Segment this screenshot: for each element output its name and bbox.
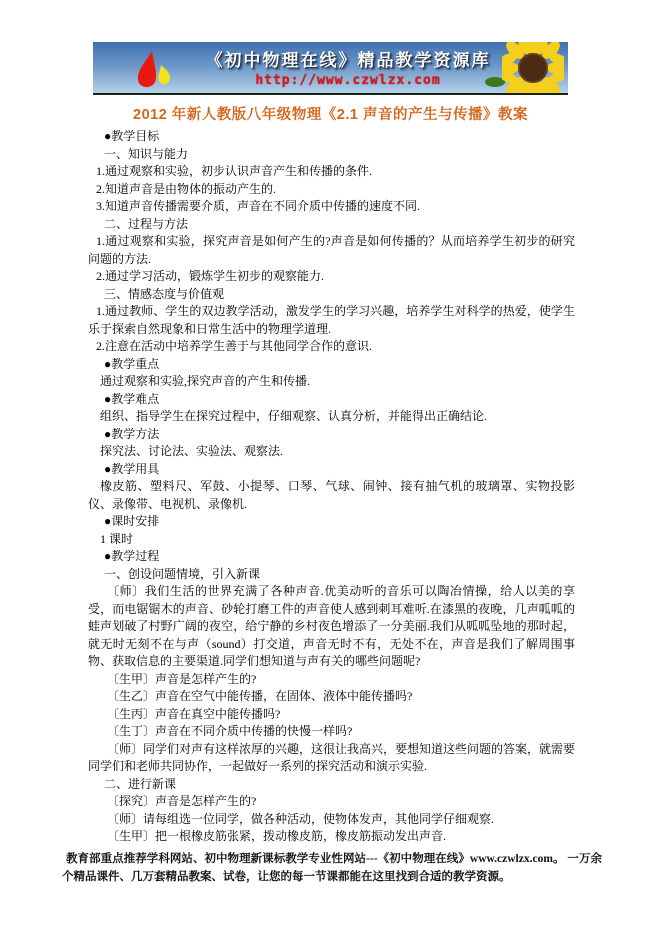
paragraph: 1.通过教师、学生的双边教学活动，激发学生的学习兴趣，培养学生对科学的热爱，使学… bbox=[88, 303, 575, 338]
paragraph: 二、过程与方法 bbox=[88, 216, 575, 234]
banner-horizon-line bbox=[93, 93, 568, 95]
paragraph: 2.注意在活动中培养学生善于与其他同学合作的意识. bbox=[88, 338, 575, 356]
paragraph: 一、创设问题情境，引入新课 bbox=[88, 566, 575, 584]
paragraph: ●教学过程 bbox=[88, 548, 575, 566]
paragraph: 〔生丙〕声音在真空中能传播吗? bbox=[88, 706, 575, 724]
paragraph: 二、进行新课 bbox=[88, 776, 575, 794]
site-banner: 《初中物理在线》精品教学资源库 http://www.czwlzx.com bbox=[93, 42, 568, 95]
paragraph: 通过观察和实验,探究声音的产生和传播. bbox=[88, 373, 575, 391]
paragraph: ●教学方法 bbox=[88, 426, 575, 444]
paragraph: 1.通过观察和实验，初步认识声音产生和传播的条件. bbox=[88, 163, 575, 181]
page-title: 2012 年新人教版八年级物理《2.1 声音的产生与传播》教案 bbox=[0, 103, 661, 124]
footer-text: 教育部重点推荐学科网站、初中物理新课标教学专业性网站---《初中物理在线》www… bbox=[62, 851, 602, 886]
paragraph: 3.知道声音传播需要介质，声音在不同介质中传播的速度不同. bbox=[88, 198, 575, 216]
site-slogan: 《初中物理在线》精品教学资源库 bbox=[198, 46, 498, 71]
paragraph: 1 课时 bbox=[88, 531, 575, 549]
paragraph: ●教学目标 bbox=[88, 128, 575, 146]
paragraph: 〔探究〕声音是怎样产生的? bbox=[88, 793, 575, 811]
paragraph: 〔师〕我们生活的世界充满了各种声音.优美动听的音乐可以陶冶情操，给人以美的享受，… bbox=[88, 583, 575, 671]
paragraph: ●课时安排 bbox=[88, 513, 575, 531]
paragraph: 〔生乙〕声音在空气中能传播，在固体、液体中能传播吗? bbox=[88, 688, 575, 706]
paragraph: ●教学用具 bbox=[88, 461, 575, 479]
document-page: 《初中物理在线》精品教学资源库 http://www.czwlzx.com bbox=[0, 0, 661, 936]
paragraph: 2.通过学习活动，锻炼学生初步的观察能力. bbox=[88, 268, 575, 286]
paragraph: 组织、指导学生在探究过程中，仔细观察、认真分析，并能得出正确结论. bbox=[88, 408, 575, 426]
flame-logo-icon bbox=[131, 50, 175, 95]
paragraph: 探究法、讨论法、实验法、观察法. bbox=[88, 443, 575, 461]
paragraph: 1.通过观察和实验，探究声音是如何产生的?声音是如何传播的？从而培养学生初步的研… bbox=[88, 233, 575, 268]
sunflower-icon bbox=[502, 42, 564, 95]
paragraph: 〔师〕请每组选一位同学，做各种活动，使物体发声，其他同学仔细观察. bbox=[88, 811, 575, 829]
paragraph: 橡皮筋、塑料尺、军鼓、小提琴、口琴、气球、闹钟、接有抽气机的玻璃罩、实物投影仪、… bbox=[88, 478, 575, 513]
paragraph: 三、情感态度与价值观 bbox=[88, 286, 575, 304]
paragraph: ●教学难点 bbox=[88, 391, 575, 409]
site-url: http://www.czwlzx.com bbox=[198, 73, 498, 88]
paragraph: 〔生丁〕声音在不同介质中传播的快慢一样吗? bbox=[88, 723, 575, 741]
paragraph: ●教学重点 bbox=[88, 356, 575, 374]
paragraph: 〔师〕同学们对声有这样浓厚的兴趣，这很让我高兴，要想知道这些问题的答案，就需要同… bbox=[88, 741, 575, 776]
paragraph: 一、知识与能力 bbox=[88, 146, 575, 164]
paragraph: 2.知道声音是由物体的振动产生的. bbox=[88, 181, 575, 199]
paragraph: 〔生甲〕声音是怎样产生的? bbox=[88, 671, 575, 689]
paragraph: 〔生甲〕把一根橡皮筋张紧，拨动橡皮筋，橡皮筋振动发出声音. bbox=[88, 828, 575, 846]
document-body: ●教学目标一、知识与能力1.通过观察和实验，初步认识声音产生和传播的条件.2.知… bbox=[88, 128, 575, 846]
